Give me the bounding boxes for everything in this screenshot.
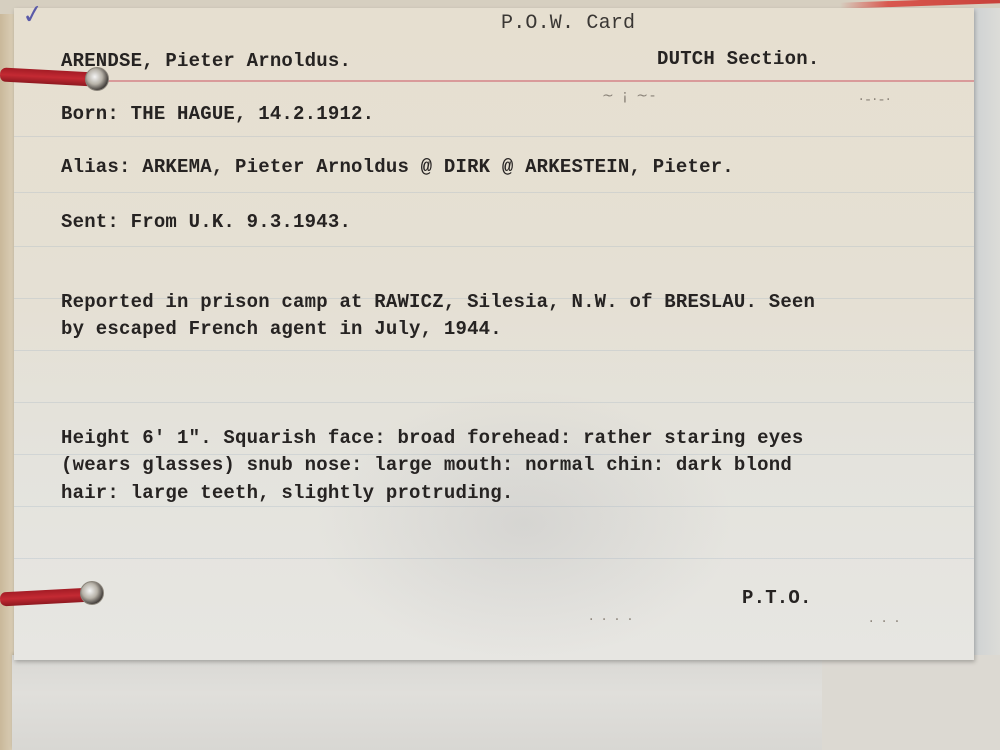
scuff-mark: · · · · xyxy=(589,612,634,628)
card-title: P.O.W. Card xyxy=(501,10,635,37)
pto-label: P.T.O. xyxy=(742,585,812,612)
ruled-line xyxy=(14,402,974,403)
description-line-1: Height 6' 1". Squarish face: broad foreh… xyxy=(61,425,804,452)
header-red-rule xyxy=(14,80,974,82)
report-line-1: Reported in prison camp at RAWICZ, Siles… xyxy=(61,289,815,316)
born-line: Born: THE HAGUE, 14.2.1912. xyxy=(61,101,374,128)
punch-hole-bottom xyxy=(80,581,104,605)
underlying-card-right xyxy=(822,655,1000,750)
scuff-mark: ·-·-· xyxy=(859,92,892,108)
scuff-mark: ~ ¡ ~- xyxy=(602,88,657,104)
pow-index-card: P.O.W. Card ARENDSE, Pieter Arnoldus. DU… xyxy=(14,8,974,660)
sent-line: Sent: From U.K. 9.3.1943. xyxy=(61,209,351,236)
card-stack-edge xyxy=(974,8,1000,668)
ruled-line xyxy=(14,136,974,137)
underlying-card xyxy=(12,655,822,750)
ruled-line xyxy=(14,558,974,559)
description-line-3: hair: large teeth, slightly protruding. xyxy=(61,480,513,507)
ruled-line xyxy=(14,192,974,193)
report-line-2: by escaped French agent in July, 1944. xyxy=(61,316,502,343)
checkmark-icon: ✓ xyxy=(20,0,46,31)
description-line-2: (wears glasses) snub nose: large mouth: … xyxy=(61,452,792,479)
ruled-line xyxy=(14,246,974,247)
section-label: DUTCH Section. xyxy=(657,46,819,73)
alias-line: Alias: ARKEMA, Pieter Arnoldus @ DIRK @ … xyxy=(61,154,734,181)
ruled-line xyxy=(14,350,974,351)
punch-hole-top xyxy=(85,67,109,91)
scuff-mark: · · · xyxy=(869,614,901,630)
